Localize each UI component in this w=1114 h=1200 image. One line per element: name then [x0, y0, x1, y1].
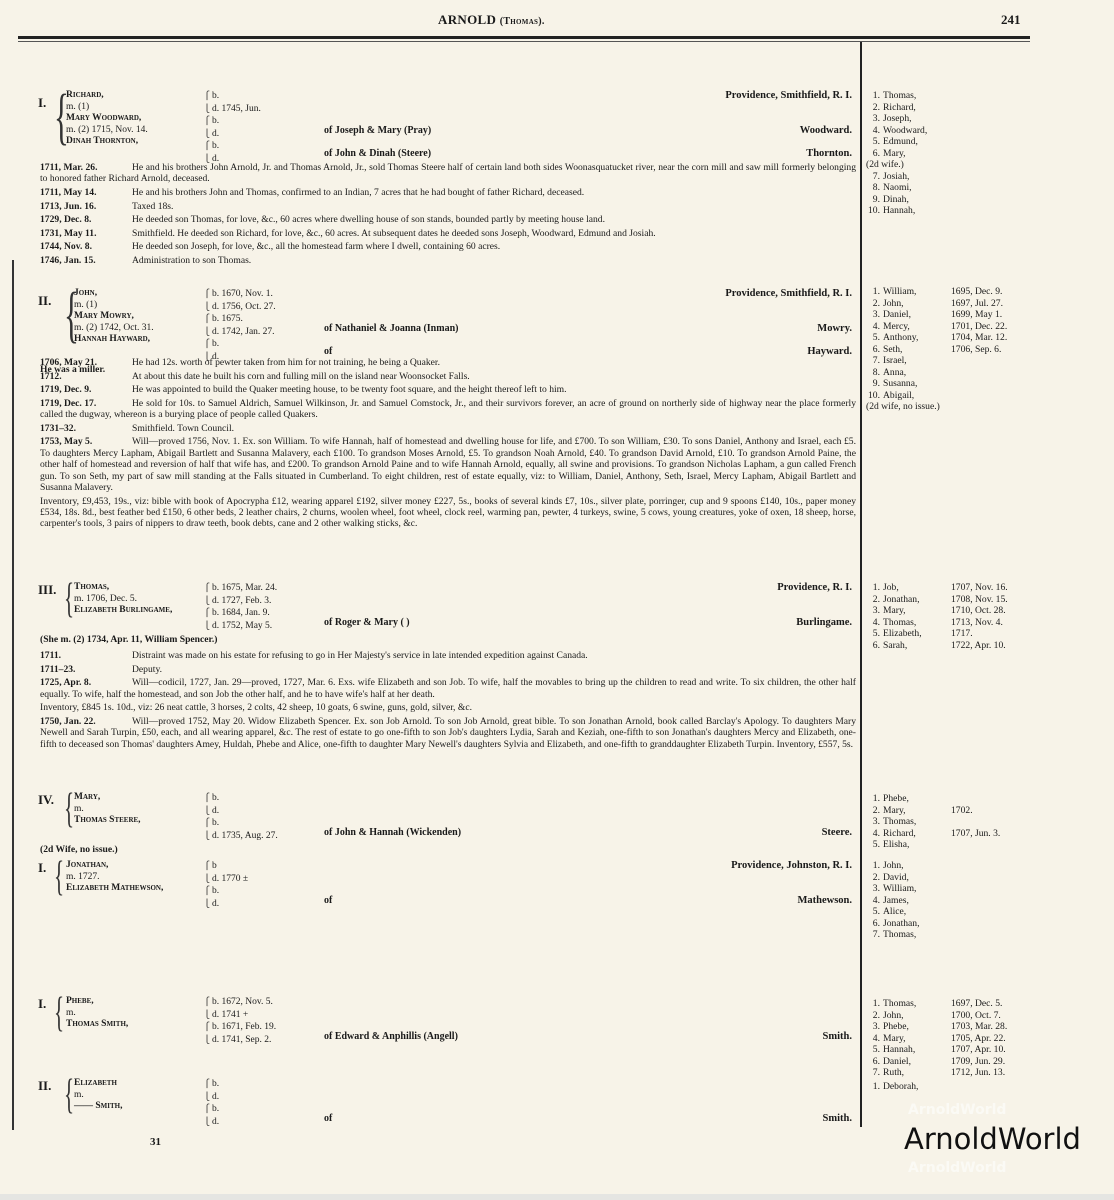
event-text: At about this date he built his corn and…	[132, 371, 470, 382]
child-name: John,	[883, 860, 951, 872]
event-entry: 1729, Dec. 8.He deeded son Thomas, for l…	[40, 214, 856, 225]
child-name: Israel,	[883, 355, 951, 367]
brace-glyph: {	[64, 1074, 74, 1116]
child-name: Sarah,	[883, 640, 951, 652]
child-item: 5.Elisha,	[866, 839, 1000, 851]
bracket-glyph: ⎧	[204, 1104, 212, 1113]
vital-dates: ⎧ b. 1672, Nov. 5.⎩ d. 1741 +⎧ b. 1671, …	[204, 996, 276, 1046]
child-number: 6.	[866, 148, 880, 160]
child-item: 5.Edmund,	[866, 136, 951, 148]
name-line: Phebe,	[66, 996, 128, 1008]
residence-place: Smith.	[823, 1113, 852, 1125]
parents-line: of	[324, 1113, 332, 1125]
column-divider	[860, 42, 862, 1127]
name-line: Richard,	[66, 90, 148, 102]
date-line: ⎩ d. 1741, Sep. 2.	[204, 1034, 276, 1047]
child-name: Elisha,	[883, 839, 951, 851]
watermark-ghost: ArnoldWorld	[908, 1160, 1006, 1176]
child-number: 10.	[866, 205, 880, 217]
bracket-glyph: ⎩	[204, 1117, 212, 1126]
bracket-glyph: ⎩	[204, 1035, 212, 1044]
date-text: d.	[212, 899, 219, 909]
child-name: James,	[883, 895, 951, 907]
event-date: 1731, May 11.	[40, 228, 132, 239]
bracket-glyph: ⎩	[204, 1010, 212, 1019]
date-text: b.	[212, 1079, 219, 1089]
child-number: 3.	[866, 605, 880, 617]
child-item: 1.Deborah,	[866, 1081, 951, 1093]
children-list: 1.Thomas,2.Richard,3.Joseph,4.Woodward,5…	[866, 90, 951, 217]
child-item: 4.Mercy,1701, Dec. 22.	[866, 321, 1007, 333]
child-item: 1.William,1695, Dec. 9.	[866, 286, 1007, 298]
child-number: 5.	[866, 332, 880, 344]
bracket-glyph: ⎩	[204, 621, 212, 630]
date-text: b.	[212, 793, 219, 803]
child-name: Thomas,	[883, 816, 951, 828]
child-birth: 1707, Jun. 3.	[951, 828, 1000, 839]
date-text: d. 1756, Oct. 27.	[212, 302, 276, 312]
spouse-names: Elizabethm.—— Smith,	[74, 1078, 122, 1113]
child-name: Anthony,	[883, 332, 951, 344]
event-entry: 1706, May 21.He had 12s. worth of pewter…	[40, 357, 856, 368]
child-item: 3.Phebe,1703, Mar. 28.	[866, 1021, 1007, 1033]
child-item: 5.Hannah,1707, Apr. 10.	[866, 1044, 1007, 1056]
child-item: 7.Israel,	[866, 355, 1007, 367]
child-name: Edmund,	[883, 136, 951, 148]
child-item: 10.Hannah,	[866, 205, 951, 217]
event-date: 1719, Dec. 17.	[40, 398, 132, 409]
child-name: Susanna,	[883, 378, 951, 390]
date-text: b. 1675.	[212, 314, 243, 324]
event-date: 1731–32.	[40, 423, 132, 434]
family-note: (2d Wife, no issue.)	[40, 844, 118, 855]
parents-line: of Joseph & Mary (Pray)	[324, 125, 431, 137]
date-text: b.	[212, 818, 219, 828]
child-item: 2.David,	[866, 872, 951, 884]
child-item: 5.Alice,	[866, 906, 951, 918]
date-line: ⎩ d. 1735, Aug. 27.	[204, 830, 278, 843]
event-text: He and his brothers John Arnold, Jr. and…	[40, 162, 856, 184]
date-line: ⎧ b	[204, 860, 248, 873]
event-entry: 1719, Dec. 9.He was appointed to build t…	[40, 384, 856, 395]
child-item: 5.Elizabeth,1717.	[866, 628, 1008, 640]
child-number: 9.	[866, 378, 880, 390]
residence-place: Mowry.	[817, 323, 852, 335]
child-item: 2.John,1697, Jul. 27.	[866, 298, 1007, 310]
bracket-glyph: ⎩	[204, 327, 212, 336]
child-item: 1.Thomas,1697, Dec. 5.	[866, 998, 1007, 1010]
bracket-glyph: ⎧	[204, 91, 212, 100]
date-text: b. 1671, Feb. 19.	[212, 1022, 276, 1032]
child-name: Dinah,	[883, 194, 951, 206]
bracket-glyph: ⎩	[204, 302, 212, 311]
child-birth: 1695, Dec. 9.	[951, 286, 1002, 297]
child-number: 4.	[866, 828, 880, 840]
child-item: 6.Jonathan,	[866, 918, 951, 930]
residence-place: Hayward.	[807, 346, 852, 358]
child-item: 6.Seth,1706, Sep. 6.	[866, 344, 1007, 356]
date-text: d. 1741 +	[212, 1010, 248, 1020]
brace-glyph: {	[54, 992, 64, 1034]
event-date: 1729, Dec. 8.	[40, 214, 132, 225]
child-item: 9.Susanna,	[866, 378, 1007, 390]
generation-numeral: II.	[38, 295, 51, 307]
child-name: William,	[883, 286, 951, 298]
child-item: (2d wife, no issue.)	[866, 401, 1007, 413]
child-number: 2.	[866, 102, 880, 114]
children-list: 1.William,1695, Dec. 9.2.John,1697, Jul.…	[866, 286, 1007, 413]
name-line: —— Smith,	[74, 1101, 122, 1113]
child-number: 5.	[866, 136, 880, 148]
event-entry: 1719, Dec. 17.He sold for 10s. to Samuel…	[40, 398, 856, 421]
date-line: ⎩ d. 1742, Jan. 27.	[204, 326, 276, 339]
date-line: ⎧ b.	[204, 885, 248, 898]
child-birth: 1713, Nov. 4.	[951, 617, 1003, 628]
parents-line: of Roger & Mary ( )	[324, 617, 410, 629]
child-birth: 1697, Dec. 5.	[951, 998, 1002, 1009]
date-line: ⎧ b.	[204, 338, 276, 351]
event-date: 1712.	[40, 371, 132, 382]
bracket-glyph: ⎧	[204, 116, 212, 125]
bottom-bar	[0, 1194, 1114, 1200]
child-name: Thomas,	[883, 90, 951, 102]
watermark: ArnoldWorld	[904, 1122, 1081, 1156]
child-name: Deborah,	[883, 1081, 951, 1093]
child-number: 4.	[866, 1033, 880, 1045]
name-line: m. 1727.	[66, 872, 163, 884]
date-text: d.	[212, 129, 219, 139]
name-line: Dinah Thornton,	[66, 136, 148, 148]
event-entry: 1731, May 11.Smithfield. He deeded son R…	[40, 228, 856, 239]
bracket-glyph: ⎩	[204, 831, 212, 840]
name-line: m. (2) 1742, Oct. 31.	[74, 323, 154, 335]
spouse-names: Jonathan,m. 1727.Elizabeth Mathewson,	[66, 860, 163, 895]
date-line: ⎧ b. 1672, Nov. 5.	[204, 996, 276, 1009]
child-item: 1.Phebe,	[866, 793, 1000, 805]
bracket-glyph: ⎧	[204, 314, 212, 323]
bracket-glyph: ⎩	[204, 129, 212, 138]
residence-place: Providence, Smithfield, R. I.	[725, 90, 852, 102]
generation-numeral: I.	[38, 998, 46, 1010]
date-line: ⎧ b.	[204, 90, 261, 103]
bracket-glyph: ⎩	[204, 899, 212, 908]
bracket-glyph: ⎩	[204, 874, 212, 883]
name-line: m. (2) 1715, Nov. 14.	[66, 125, 148, 137]
child-note: (2d wife.)	[866, 159, 904, 170]
child-item: 3.Mary,1710, Oct. 28.	[866, 605, 1008, 617]
name-line: m.	[66, 1008, 128, 1020]
header-rule-thin	[18, 41, 1030, 42]
child-item: 7.Ruth,1712, Jun. 13.	[866, 1067, 1007, 1079]
child-item: 1.Job,1707, Nov. 16.	[866, 582, 1008, 594]
child-name: Joseph,	[883, 113, 951, 125]
event-date: 1711, May 14.	[40, 187, 132, 198]
event-text: Will—codicil, 1727, Jan. 29—proved, 1727…	[40, 677, 856, 699]
name-line: m. 1706, Dec. 5.	[74, 594, 172, 606]
residence-place: Providence, Smithfield, R. I.	[725, 288, 852, 300]
page-header: ARNOLD (Thomas). 241	[0, 12, 1114, 32]
date-line: ⎧ b.	[204, 817, 278, 830]
child-birth: 1710, Oct. 28.	[951, 605, 1006, 616]
date-line: ⎩ d.	[204, 805, 278, 818]
child-birth: 1701, Dec. 22.	[951, 321, 1007, 332]
child-number: 3.	[866, 883, 880, 895]
residence-place: Burlingame.	[796, 617, 852, 629]
event-date: 1711.	[40, 650, 132, 661]
date-text: d. 1735, Aug. 27.	[212, 831, 278, 841]
residence-place: Steere.	[822, 827, 852, 839]
child-number: 2.	[866, 298, 880, 310]
date-line: ⎧ b. 1684, Jan. 9.	[204, 607, 277, 620]
child-name: Jonathan,	[883, 594, 951, 606]
date-line: ⎧ b. 1675.	[204, 313, 276, 326]
child-name: Elizabeth,	[883, 628, 951, 640]
child-number: 5.	[866, 1044, 880, 1056]
child-number: 3.	[866, 1021, 880, 1033]
date-text: d.	[212, 1092, 219, 1102]
child-item: 10.Abigail,	[866, 390, 1007, 402]
child-number: 4.	[866, 617, 880, 629]
child-name: Ruth,	[883, 1067, 951, 1079]
child-item: 3.Thomas,	[866, 816, 1000, 828]
name-line: Mary Mowry,	[74, 311, 154, 323]
event-date: 1725, Apr. 8.	[40, 677, 132, 688]
children-list: 1.Phebe,2.Mary,1702.3.Thomas,4.Richard,1…	[866, 793, 1000, 851]
brace-glyph: {	[64, 578, 74, 620]
child-birth: 1708, Nov. 15.	[951, 594, 1008, 605]
name-line: Elizabeth Burlingame,	[74, 605, 172, 617]
event-entry: 1750, Jan. 22.Will—proved 1752, May 20. …	[40, 716, 856, 750]
name-line: John,	[74, 288, 154, 300]
bracket-glyph: ⎧	[204, 583, 212, 592]
child-number: 4.	[866, 321, 880, 333]
child-name: Phebe,	[883, 793, 951, 805]
subtitle: (Thomas).	[500, 16, 545, 27]
date-text: d. 1727, Feb. 3.	[212, 596, 271, 606]
child-name: Phebe,	[883, 1021, 951, 1033]
generation-numeral: III.	[38, 584, 56, 596]
parents-line: of John & Dinah (Steere)	[324, 148, 431, 160]
event-date: 1753, May 5.	[40, 436, 132, 447]
child-name: David,	[883, 872, 951, 884]
child-birth: 1709, Jun. 29.	[951, 1056, 1005, 1067]
child-item: 5.Anthony,1704, Mar. 12.	[866, 332, 1007, 344]
child-number: 5.	[866, 839, 880, 851]
date-line: ⎧ b.	[204, 1078, 219, 1091]
name-line: m.	[74, 1090, 122, 1102]
name-line: m. (1)	[66, 102, 148, 114]
event-text: Administration to son Thomas.	[132, 255, 251, 266]
parents-line: of Edward & Anphillis (Angell)	[324, 1031, 458, 1043]
date-line: ⎧ b.	[204, 140, 261, 153]
child-birth: 1712, Jun. 13.	[951, 1067, 1005, 1078]
child-number: 4.	[866, 895, 880, 907]
child-number: 2.	[866, 594, 880, 606]
event-entry: 1713, Jun. 16.Taxed 18s.	[40, 201, 856, 212]
event-entry: 1711.Distraint was made on his estate fo…	[40, 650, 856, 661]
child-number: 8.	[866, 182, 880, 194]
child-name: Mary,	[883, 148, 951, 160]
event-date: 1746, Jan. 15.	[40, 255, 132, 266]
child-name: William,	[883, 883, 951, 895]
brace-glyph: {	[64, 788, 74, 830]
child-name: Mary,	[883, 605, 951, 617]
child-number: 6.	[866, 640, 880, 652]
bracket-glyph: ⎧	[204, 997, 212, 1006]
event-entry: 1712.At about this date he built his cor…	[40, 371, 856, 382]
child-number: 2.	[866, 805, 880, 817]
date-line: ⎧ b.	[204, 1103, 219, 1116]
bracket-glyph: ⎧	[204, 793, 212, 802]
date-line: ⎩ d. 1770 ±	[204, 873, 248, 886]
child-name: Seth,	[883, 344, 951, 356]
child-number: 3.	[866, 816, 880, 828]
child-birth: 1699, May 1.	[951, 309, 1002, 320]
bracket-glyph: ⎧	[204, 861, 212, 870]
date-text: d.	[212, 806, 219, 816]
generation-numeral: I.	[38, 97, 46, 109]
child-item: 3.Joseph,	[866, 113, 951, 125]
child-number: 3.	[866, 113, 880, 125]
child-item: 2.Jonathan,1708, Nov. 15.	[866, 594, 1008, 606]
event-text: Distraint was made on his estate for ref…	[132, 650, 588, 661]
date-line: ⎩ d.	[204, 1091, 219, 1104]
child-item: 2.Richard,	[866, 102, 951, 114]
name-line: Hannah Hayward,	[74, 334, 154, 346]
date-line: ⎩ d. 1727, Feb. 3.	[204, 595, 277, 608]
child-item: 2.Mary,1702.	[866, 805, 1000, 817]
parents-line: of Nathaniel & Joanna (Inman)	[324, 323, 458, 335]
bracket-glyph: ⎩	[204, 806, 212, 815]
vital-dates: ⎧ b⎩ d. 1770 ±⎧ b.⎩ d.	[204, 860, 248, 910]
child-number: 4.	[866, 125, 880, 137]
date-line: ⎩ d. 1752, May 5.	[204, 620, 277, 633]
child-birth: 1717.	[951, 628, 973, 639]
date-line: ⎧ b. 1670, Nov. 1.	[204, 288, 276, 301]
child-name: Daniel,	[883, 1056, 951, 1068]
name-line: Elizabeth	[74, 1078, 122, 1090]
date-text: b.	[212, 116, 219, 126]
date-line: ⎩ d.	[204, 128, 261, 141]
child-item: 6.Sarah,1722, Apr. 10.	[866, 640, 1008, 652]
bracket-glyph: ⎩	[204, 1092, 212, 1101]
event-text: Smithfield. Town Council.	[132, 423, 234, 434]
child-name: Richard,	[883, 102, 951, 114]
residence-place: Mathewson.	[797, 895, 852, 907]
bracket-glyph: ⎧	[204, 818, 212, 827]
date-line: ⎩ d. 1756, Oct. 27.	[204, 301, 276, 314]
name-line: m.	[74, 804, 141, 816]
event-entry: 1753, May 5.Will—proved 1756, Nov. 1. Ex…	[40, 436, 856, 493]
vital-dates: ⎧ b.⎩ d.⎧ b.⎩ d.	[204, 1078, 219, 1128]
inventory-entry: Inventory, £9,453, 19s., viz: bible with…	[40, 496, 856, 530]
event-text: Will—proved 1752, May 20. Widow Elizabet…	[40, 716, 856, 750]
event-date: 1750, Jan. 22.	[40, 716, 132, 727]
event-date: 1711, Mar. 26.	[40, 162, 132, 173]
date-text: b.	[212, 141, 219, 151]
date-line: ⎩ d.	[204, 1116, 219, 1129]
child-name: Mercy,	[883, 321, 951, 333]
bracket-glyph: ⎧	[204, 339, 212, 348]
bracket-glyph: ⎧	[204, 608, 212, 617]
date-text: d. 1742, Jan. 27.	[212, 327, 275, 337]
watermark-ghost: ArnoldWorld	[908, 1102, 1006, 1118]
parents-line: of	[324, 895, 332, 907]
child-number: 7.	[866, 355, 880, 367]
date-text: b.	[212, 339, 219, 349]
child-item: 3.William,	[866, 883, 951, 895]
child-number: 7.	[866, 1067, 880, 1079]
vital-dates: ⎧ b. 1675, Mar. 24.⎩ d. 1727, Feb. 3.⎧ b…	[204, 582, 277, 632]
date-text: d. 1752, May 5.	[212, 621, 272, 631]
event-text: Will—proved 1756, Nov. 1. Ex. son Willia…	[40, 436, 856, 493]
event-entry: 1744, Nov. 8.He deeded son Joseph, for l…	[40, 241, 856, 252]
spouse-names: Richard,m. (1)Mary Woodward,m. (2) 1715,…	[66, 90, 148, 148]
bracket-glyph: ⎧	[204, 1079, 212, 1088]
family-note: (She m. (2) 1734, Apr. 11, William Spenc…	[40, 634, 218, 645]
child-name: Naomi,	[883, 182, 951, 194]
spouse-names: Phebe,m.Thomas Smith,	[66, 996, 128, 1031]
date-text: b.	[212, 1104, 219, 1114]
event-entry: 1711–23.Deputy.	[40, 664, 856, 675]
generation-numeral: II.	[38, 1080, 51, 1092]
bracket-glyph: ⎧	[204, 141, 212, 150]
event-text: He deeded son Thomas, for love, &c., 60 …	[132, 214, 605, 225]
event-entry: 1711, Mar. 26.He and his brothers John A…	[40, 162, 856, 185]
date-line: ⎧ b. 1675, Mar. 24.	[204, 582, 277, 595]
surname: ARNOLD	[438, 12, 496, 27]
child-birth: 1707, Apr. 10.	[951, 1044, 1006, 1055]
event-text: He sold for 10s. to Samuel Aldrich, Samu…	[40, 398, 856, 420]
bracket-glyph: ⎧	[204, 886, 212, 895]
child-name: Josiah,	[883, 171, 951, 183]
residence-place: Thornton.	[806, 148, 852, 160]
child-item: 4.Mary,1705, Apr. 22.	[866, 1033, 1007, 1045]
child-name: Mary,	[883, 1033, 951, 1045]
child-number: 1.	[866, 793, 880, 805]
child-name: Jonathan,	[883, 918, 951, 930]
child-name: John,	[883, 298, 951, 310]
date-line: ⎧ b.	[204, 792, 278, 805]
child-number: 2.	[866, 872, 880, 884]
bracket-glyph: ⎧	[204, 1022, 212, 1031]
children-list: 1.Job,1707, Nov. 16.2.Jonathan,1708, Nov…	[866, 582, 1008, 651]
child-name: Hannah,	[883, 205, 951, 217]
child-item: 6.Daniel,1709, Jun. 29.	[866, 1056, 1007, 1068]
child-number: 7.	[866, 171, 880, 183]
date-line: ⎩ d.	[204, 898, 248, 911]
child-number: 1.	[866, 286, 880, 298]
date-line: ⎩ d. 1745, Jun.	[204, 103, 261, 116]
child-number: 3.	[866, 309, 880, 321]
residence-place: Providence, Johnston, R. I.	[731, 860, 852, 872]
child-birth: 1702.	[951, 805, 973, 816]
child-name: Daniel,	[883, 309, 951, 321]
name-line: m. (1)	[74, 300, 154, 312]
child-name: Thomas,	[883, 998, 951, 1010]
date-text: d. 1770 ±	[212, 874, 248, 884]
date-line: ⎩ d. 1741 +	[204, 1009, 276, 1022]
event-date: 1713, Jun. 16.	[40, 201, 132, 212]
child-name: Abigail,	[883, 390, 951, 402]
child-item: 7.Thomas,	[866, 929, 951, 941]
event-date: 1719, Dec. 9.	[40, 384, 132, 395]
event-entry: 1711, May 14.He and his brothers John an…	[40, 187, 856, 198]
date-text: b	[212, 861, 217, 871]
date-text: b. 1684, Jan. 9.	[212, 608, 270, 618]
residence-place: Smith.	[823, 1031, 852, 1043]
vital-dates: ⎧ b.⎩ d. 1745, Jun.⎧ b.⎩ d.⎧ b.⎩ d.	[204, 90, 261, 166]
